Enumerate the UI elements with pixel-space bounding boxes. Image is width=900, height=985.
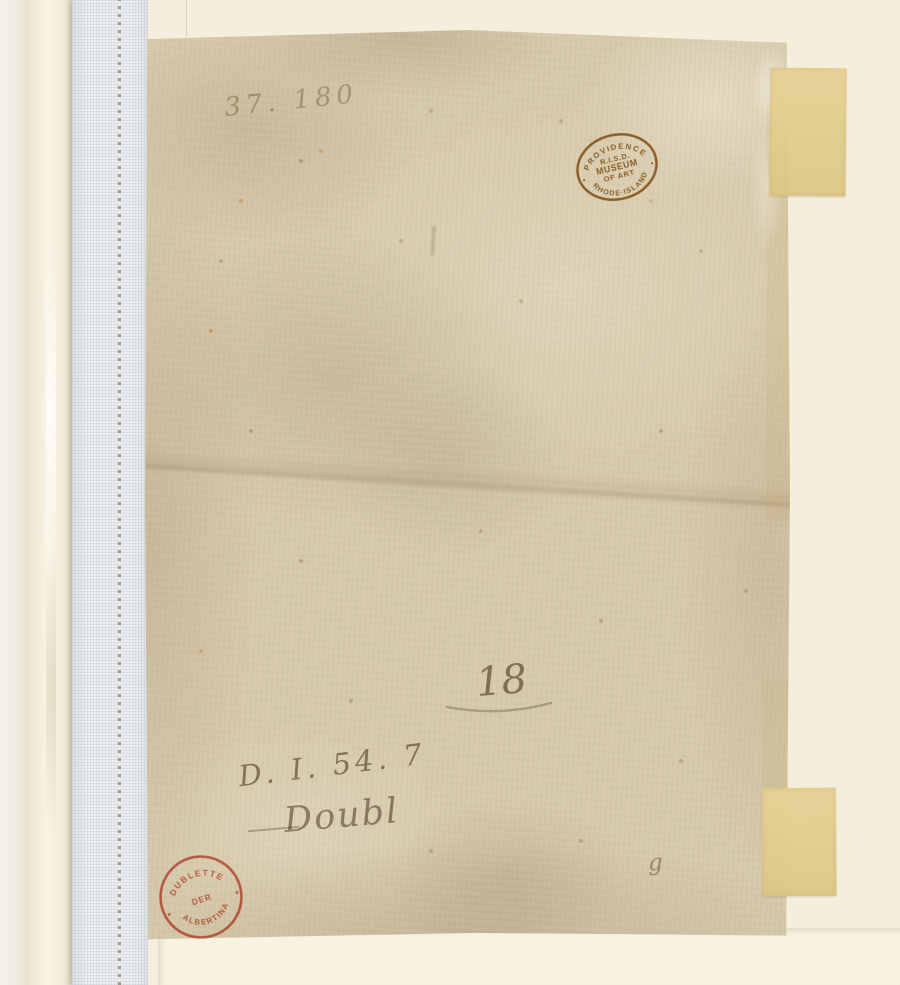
inscription-sheet-number: 18 [474,656,529,706]
inscription-underline [444,700,554,718]
duplicate-stamp-arc-top: DUBLETTE [163,860,228,900]
inscription-corner-mark: g [647,850,663,877]
backing-sheet-top-edge [186,0,187,36]
museum-stamp-dot-left [583,179,586,182]
hinge-tape-bottom-right [762,788,837,897]
photograph-artwork-verso: PROVIDENCE R.I.S.D. MUSEUM OF ART RHODE·… [0,0,900,985]
svg-text:DUBLETTE: DUBLETTE [163,860,228,900]
stitch-line [118,0,121,985]
tape-residue-band-bottom [762,680,788,792]
mat-board-edge [0,0,30,985]
fabric-binding-strip [72,0,148,985]
torn-sheet-edge [28,0,74,985]
drawing-verso-sheet [145,30,790,942]
duplicate-stamp-center: DER [191,893,213,908]
museum-stamp-dot-right [651,162,654,165]
hinge-tape-top-right [769,68,846,197]
